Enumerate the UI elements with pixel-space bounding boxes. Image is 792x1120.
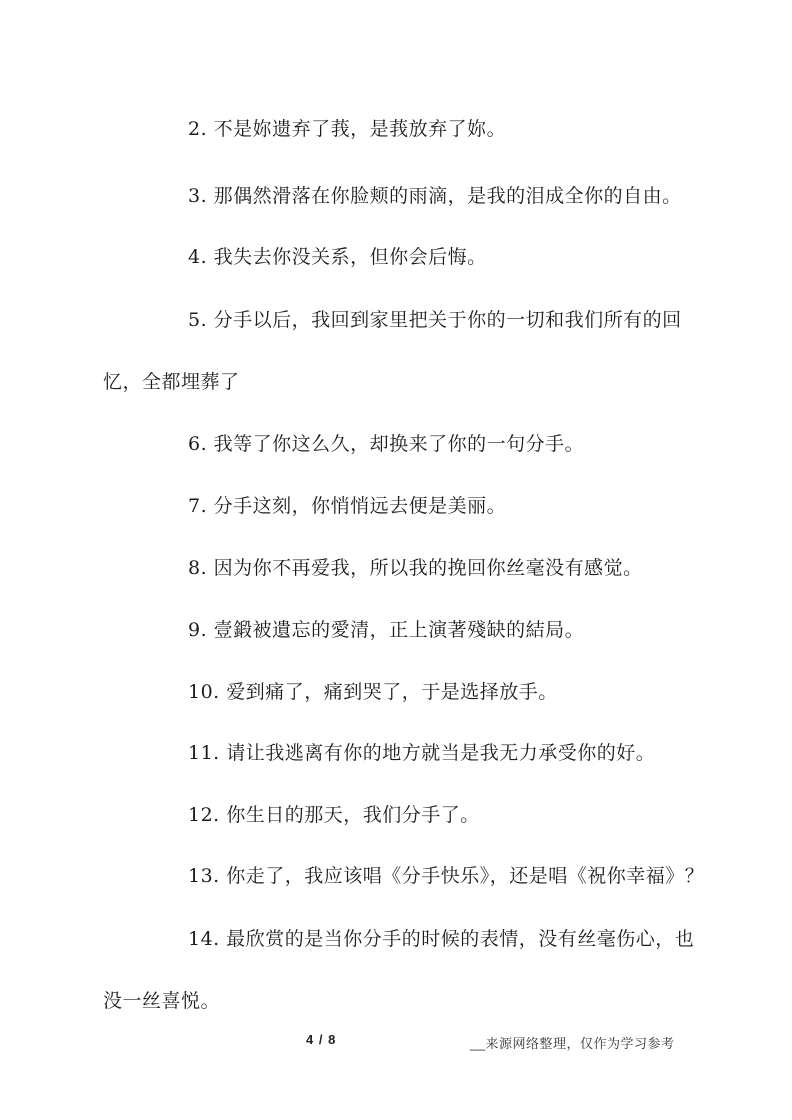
text-line: 7. 分手这刻，你悄悄远去便是美丽。 [188, 494, 792, 518]
text-line: 14. 最欣赏的是当你分手的时候的表情，没有丝毫伤心，也 [188, 927, 792, 951]
text-line: 2. 不是妳遗弃了莪，是莪放弃了妳。 [188, 117, 792, 141]
text-line: 6. 我等了你这么久，却换来了你的一句分手。 [188, 432, 792, 456]
text-line: 13. 你走了，我应该唱《分手快乐》，还是唱《祝你幸福》？ [188, 864, 792, 888]
text-line: 8. 因为你不再爱我，所以我的挽回你丝毫没有感觉。 [188, 556, 792, 580]
text-line: 3. 那偶然滑落在你脸颊的雨滴，是我的泪成全你的自由。 [188, 184, 792, 208]
text-line: 4. 我失去你没关系，但你会后悔。 [188, 245, 792, 269]
text-line: 11. 请让我逃离有你的地方就当是我无力承受你的好。 [188, 741, 792, 765]
page-number: 4 / 8 [306, 1032, 336, 1047]
document-page: 2. 不是妳遗弃了莪，是莪放弃了妳。 3. 那偶然滑落在你脸颊的雨滴，是我的泪成… [0, 0, 792, 1120]
text-line: 没一丝喜悦。 [103, 989, 743, 1013]
footer-note: __来源网络整理，仅作为学习参考 [470, 1033, 674, 1052]
text-line: 12. 你生日的那天，我们分手了。 [188, 803, 792, 827]
text-line: 5. 分手以后，我回到家里把关于你的一切和我们所有的回 [188, 308, 792, 332]
text-line: 10. 爱到痛了，痛到哭了，于是选择放手。 [188, 680, 792, 704]
text-line: 忆，全都埋葬了 [103, 370, 743, 394]
text-line: 9. 壹鍛被遺忘的愛清，正上演著殘缺的結局。 [188, 618, 792, 642]
